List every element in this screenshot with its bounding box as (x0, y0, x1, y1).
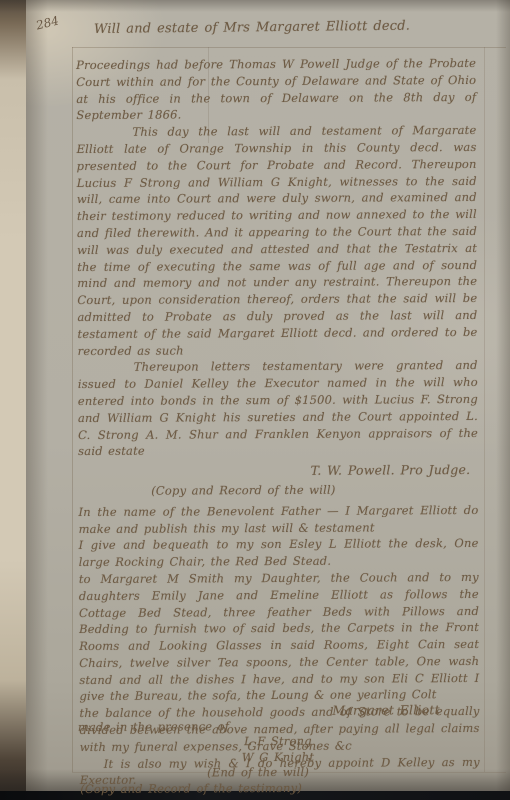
margin-rule-vertical-right (484, 47, 485, 772)
testator-signature: Margaret Elliott (78, 702, 478, 720)
top-edge-shadow (0, 0, 510, 12)
signature-block: Margaret Elliott made in the presence of… (78, 702, 478, 797)
court-record-paragraph-2: This day the last will and testament of … (76, 122, 477, 359)
testimony-copy-heading: (Copy and Record of the testimony) (78, 779, 478, 797)
court-record-paragraph-3: Thereupon letters testamentary were gran… (78, 357, 479, 460)
margin-rule-vertical-left (72, 47, 73, 772)
will-paragraph-3: to Margaret M Smith my Daughter, the Cou… (79, 569, 480, 705)
will-paragraph-1: In the name of the Benevolent Father — I… (78, 502, 478, 538)
gutter-shadow (26, 0, 48, 800)
margin-rule-horizontal-top (72, 47, 506, 48)
scanned-ledger-page: 284 Will and estate of Mrs Margaret Elli… (0, 0, 510, 800)
will-copy-heading: (Copy and Record of the will) (78, 481, 478, 500)
document-body: Proceedings had before Thomas W Powell J… (76, 55, 480, 789)
judge-signature: T. W. Powell. Pro Judge. (78, 462, 478, 481)
right-edge-shadow (496, 0, 510, 800)
court-record-paragraph-1: Proceedings had before Thomas W Powell J… (76, 55, 476, 124)
book-left-edge (0, 0, 26, 800)
will-paragraph-2: I give and bequeath to my son Esley L El… (79, 535, 479, 571)
